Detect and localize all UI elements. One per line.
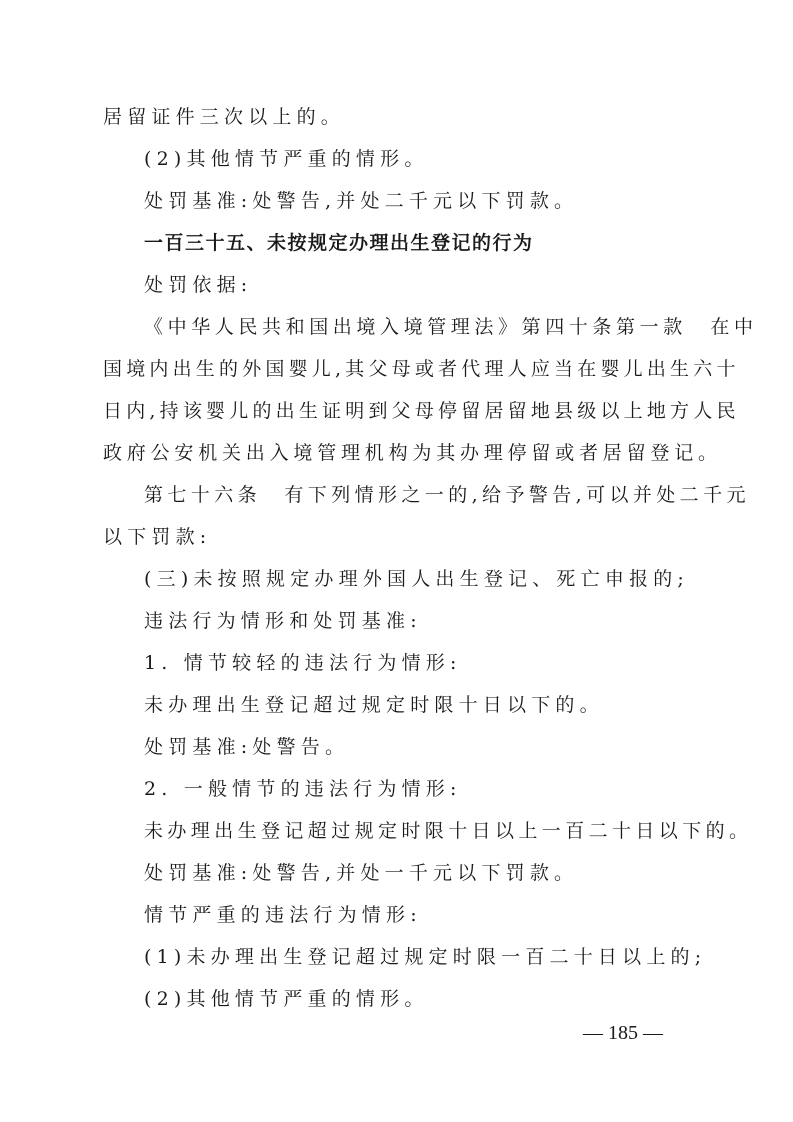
law-text: 以下罚款: (103, 523, 703, 551)
text-line-item: (2)其他情节严重的情形。 (144, 145, 744, 173)
law-clause: (三)未按照规定办理外国人出生登记、死亡申报的; (144, 565, 744, 593)
general-violation-heading: 2. 一般情节的违法行为情形: (144, 775, 744, 803)
serious-violation-item: (1)未办理出生登记超过规定时限一百二十日以上的; (144, 943, 744, 971)
text-line-continuation: 居留证件三次以上的。 (103, 103, 703, 131)
penalty-standard: 处罚基准:处警告。 (144, 733, 744, 761)
law-article: 第七十六条 有下列情形之一的,给予警告,可以并处二千元 (144, 481, 744, 509)
law-text: 日内,持该婴儿的出生证明到父母停留居留地县级以上地方人民 (103, 397, 703, 425)
penalty-standard: 处罚基准:处警告,并处一千元以下罚款。 (144, 859, 744, 887)
minor-violation-text: 未办理出生登记超过规定时限十日以下的。 (144, 691, 744, 719)
violation-label: 违法行为情形和处罚基准: (144, 607, 744, 635)
document-page: 居留证件三次以上的。 (2)其他情节严重的情形。 处罚基准:处警告,并处二千元以… (0, 0, 793, 1122)
page-number: — 185 — (583, 1022, 663, 1045)
law-citation: 《中华人民共和国出境入境管理法》第四十条第一款 在中 (144, 313, 744, 341)
law-text: 国境内出生的外国婴儿,其父母或者代理人应当在婴儿出生六十 (103, 355, 703, 383)
law-text: 政府公安机关出入境管理机构为其办理停留或者居留登记。 (103, 439, 703, 467)
penalty-basis-label: 处罚依据: (144, 271, 744, 299)
serious-violation-item: (2)其他情节严重的情形。 (144, 985, 744, 1013)
section-heading: 一百三十五、未按规定办理出生登记的行为 (144, 229, 744, 257)
minor-violation-heading: 1. 情节较轻的违法行为情形: (144, 649, 744, 677)
general-violation-text: 未办理出生登记超过规定时限十日以上一百二十日以下的。 (144, 817, 744, 845)
serious-violation-heading: 情节严重的违法行为情形: (144, 901, 744, 929)
penalty-standard: 处罚基准:处警告,并处二千元以下罚款。 (144, 187, 744, 215)
